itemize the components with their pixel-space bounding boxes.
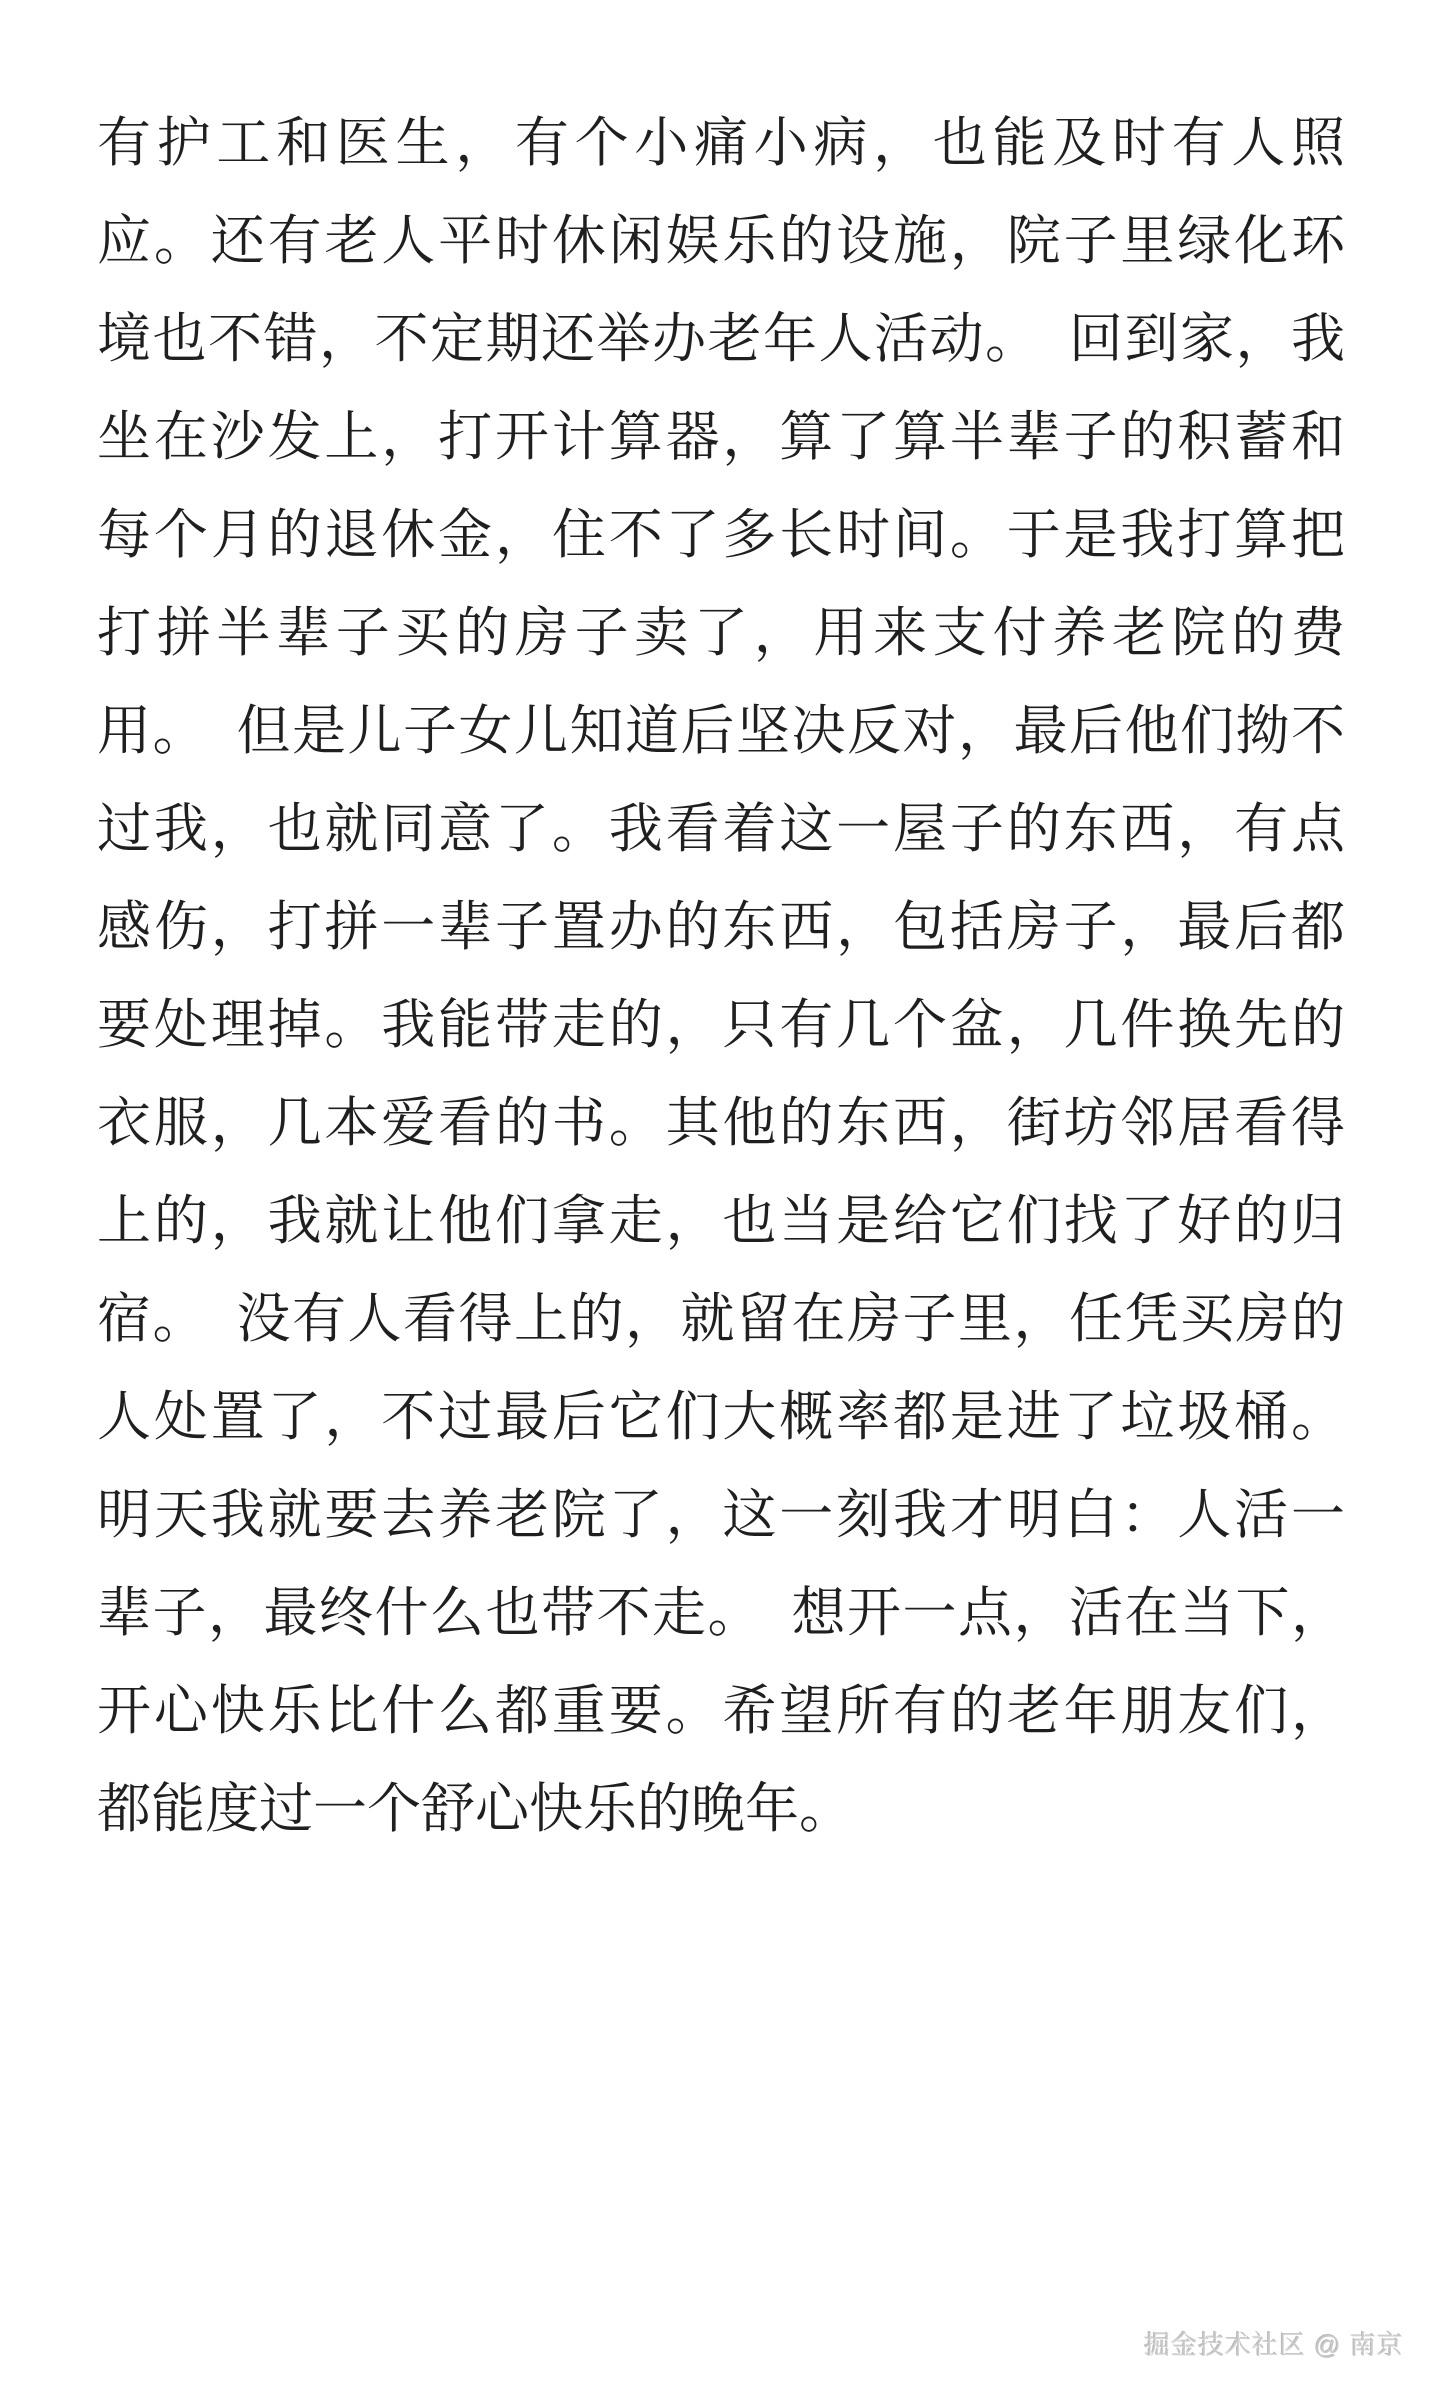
text-line: 每个月的退休金，住不了多长时间。于是我打算把 [97,486,1345,584]
text-line: 要处理掉。我能带走的，只有几个盆，几件换先的 [97,976,1345,1074]
text-line: 人处置了，不过最后它们大概率都是进了垃圾桶。 [97,1368,1345,1466]
text-line: 坐在沙发上，打开计算器，算了算半辈子的积蓄和 [97,388,1345,486]
text-line: 应。还有老人平时休闲娱乐的设施，院子里绿化环 [97,192,1345,290]
text-line: 打拼半辈子买的房子卖了，用来支付养老院的费 [97,584,1345,682]
text-line-last: 都能度过一个舒心快乐的晚年。 [97,1760,1345,1858]
text-line: 明天我就要去养老院了，这一刻我才明白：人活一 [97,1466,1345,1564]
text-line: 上的，我就让他们拿走，也当是给它们找了好的归 [97,1172,1345,1270]
text-line: 感伤，打拼一辈子置办的东西，包括房子，最后都 [97,878,1345,976]
watermark: 掘金技术社区 @ 南京 [1144,2328,1404,2362]
text-line: 有护工和医生，有个小痛小病，也能及时有人照 [97,94,1345,192]
text-line: 衣服，几本爱看的书。其他的东西，街坊邻居看得 [97,1074,1345,1172]
text-line: 用。 但是儿子女儿知道后坚决反对，最后他们拗不 [97,682,1345,780]
text-line: 开心快乐比什么都重要。希望所有的老年朋友们， [97,1662,1345,1760]
article-body: 有护工和医生，有个小痛小病，也能及时有人照 应。还有老人平时休闲娱乐的设施，院子… [97,94,1345,1858]
text-line: 辈子，最终什么也带不走。 想开一点，活在当下， [97,1564,1345,1662]
text-line: 宿。 没有人看得上的，就留在房子里，任凭买房的 [97,1270,1345,1368]
text-line: 境也不错，不定期还举办老年人活动。 回到家，我 [97,290,1345,388]
text-line: 过我，也就同意了。我看着这一屋子的东西，有点 [97,780,1345,878]
